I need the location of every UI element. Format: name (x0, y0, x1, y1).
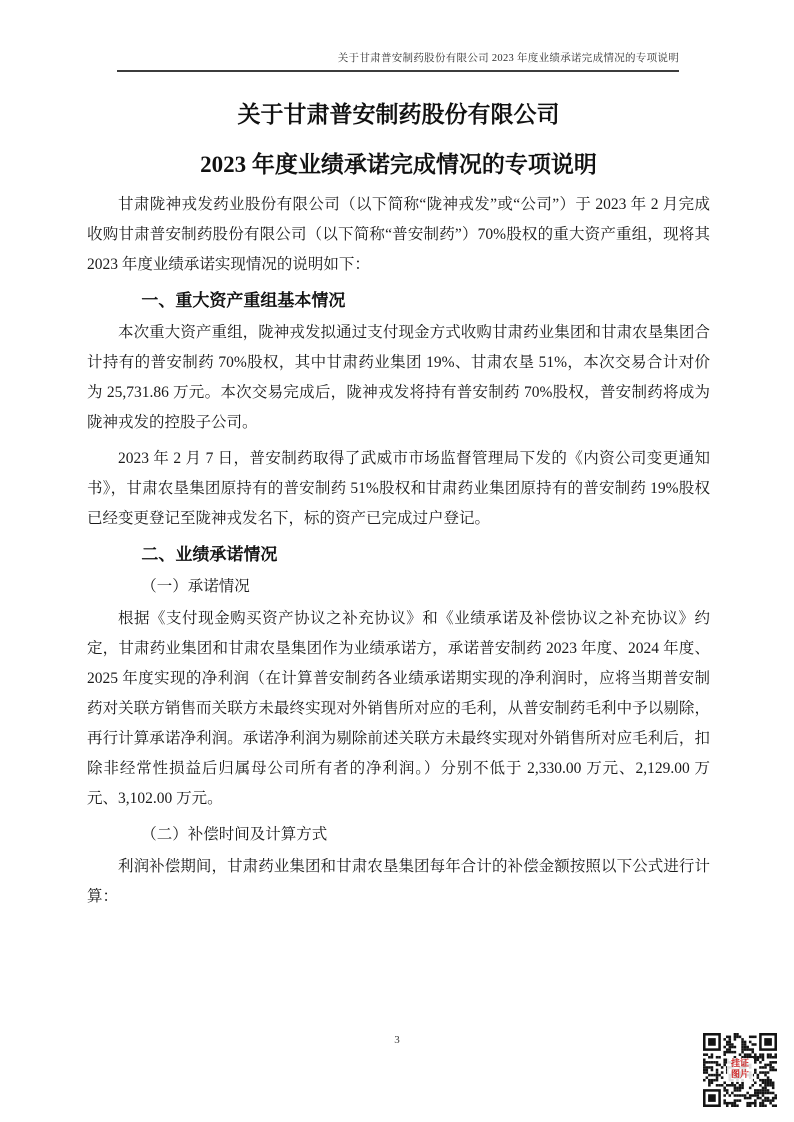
section2-heading: 二、业绩承诺情况 (87, 540, 710, 570)
section2-paragraph2: 利润补偿期间，甘肃药业集团和甘肃农垦集团每年合计的补偿金额按照以下公式进行计算： (87, 852, 710, 912)
qr-logo-text-line1: 挂证 (727, 1058, 753, 1069)
qr-center-logo: 挂证 图片 (727, 1058, 753, 1082)
document-page: 关于甘肃普安制药股份有限公司 2023 年度业绩承诺完成情况的专项说明 关于甘肃… (0, 0, 794, 1122)
section1-paragraph1: 本次重大资产重组，陇神戎发拟通过支付现金方式收购甘肃药业集团和甘肃农垦集团合计持… (87, 318, 710, 438)
intro-paragraph: 甘肃陇神戎发药业股份有限公司（以下简称“陇神戎发”或“公司”）于 2023 年 … (87, 190, 710, 280)
doc-title-line2: 2023 年度业绩承诺完成情况的专项说明 (87, 140, 710, 190)
qr-code: 挂证 图片 (703, 1033, 777, 1107)
subsection1-heading: （一）承诺情况 (87, 572, 710, 602)
doc-title-line1: 关于甘肃普安制药股份有限公司 (87, 90, 710, 140)
section1-heading: 一、重大资产重组基本情况 (87, 286, 710, 316)
section2-paragraph1: 根据《支付现金购买资产协议之补充协议》和《业绩承诺及补偿协议之补充协议》约定，甘… (87, 604, 710, 814)
subsection2-heading: （二）补偿时间及计算方式 (87, 820, 710, 850)
section1-paragraph2: 2023 年 2 月 7 日，普安制药取得了武威市市场监督管理局下发的《内资公司… (87, 444, 710, 534)
running-header: 关于甘肃普安制药股份有限公司 2023 年度业绩承诺完成情况的专项说明 (117, 50, 679, 72)
qr-logo-text-line2: 图片 (727, 1069, 753, 1080)
document-body: 关于甘肃普安制药股份有限公司 2023 年度业绩承诺完成情况的专项说明 甘肃陇神… (87, 90, 710, 912)
page-number: 3 (0, 1034, 794, 1046)
